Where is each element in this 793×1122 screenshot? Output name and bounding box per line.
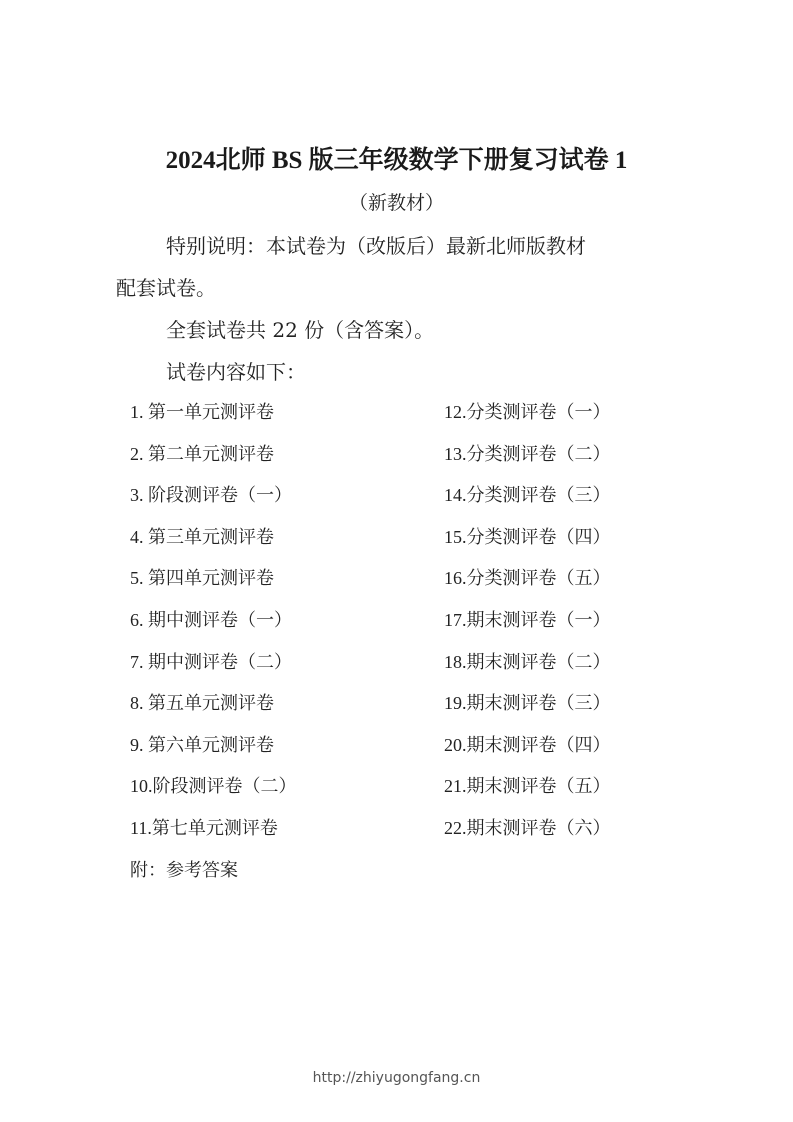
list-item: 12.分类测评卷（一） — [444, 398, 611, 424]
total-line: 全套试卷共 22 份（含答案）。 — [166, 314, 434, 343]
list-item: 2. 第二单元测评卷 — [130, 440, 274, 466]
list-item: 19.期末测评卷（三） — [444, 689, 611, 715]
appendix-line: 附：参考答案 — [130, 856, 238, 882]
list-item: 7. 期中测评卷（二） — [130, 648, 292, 674]
footer: http://zhiyugongfang.cn — [0, 1070, 793, 1086]
note-line-2: 配套试卷。 — [116, 272, 216, 301]
list-item: 6. 期中测评卷（一） — [130, 606, 292, 632]
list-item: 14.分类测评卷（三） — [444, 481, 611, 507]
list-item: 5. 第四单元测评卷 — [130, 564, 274, 590]
list-item: 11.第七单元测评卷 — [130, 814, 278, 840]
list-item: 17.期末测评卷（一） — [444, 606, 611, 632]
footer-link[interactable]: http://zhiyugongfang.cn — [313, 1070, 481, 1086]
list-item: 21.期末测评卷（五） — [444, 772, 611, 798]
list-item: 22.期末测评卷（六） — [444, 814, 611, 840]
list-item: 18.期末测评卷（二） — [444, 648, 611, 674]
list-item: 9. 第六单元测评卷 — [130, 731, 274, 757]
list-item: 8. 第五单元测评卷 — [130, 689, 274, 715]
list-item: 15.分类测评卷（四） — [444, 523, 611, 549]
list-item: 13.分类测评卷（二） — [444, 440, 611, 466]
list-item: 4. 第三单元测评卷 — [130, 523, 274, 549]
list-item: 3. 阶段测评卷（一） — [130, 481, 292, 507]
page-title: 2024北师 BS 版三年级数学下册复习试卷 1 — [0, 140, 793, 176]
list-item: 1. 第一单元测评卷 — [130, 398, 274, 424]
page-subtitle: （新教材） — [0, 188, 793, 215]
note-line-1: 特别说明：本试卷为（改版后）最新北师版教材 — [166, 230, 586, 259]
list-item: 16.分类测评卷（五） — [444, 564, 611, 590]
list-item: 20.期末测评卷（四） — [444, 731, 611, 757]
list-item: 10.阶段测评卷（二） — [130, 772, 297, 798]
contents-heading: 试卷内容如下： — [166, 356, 306, 385]
